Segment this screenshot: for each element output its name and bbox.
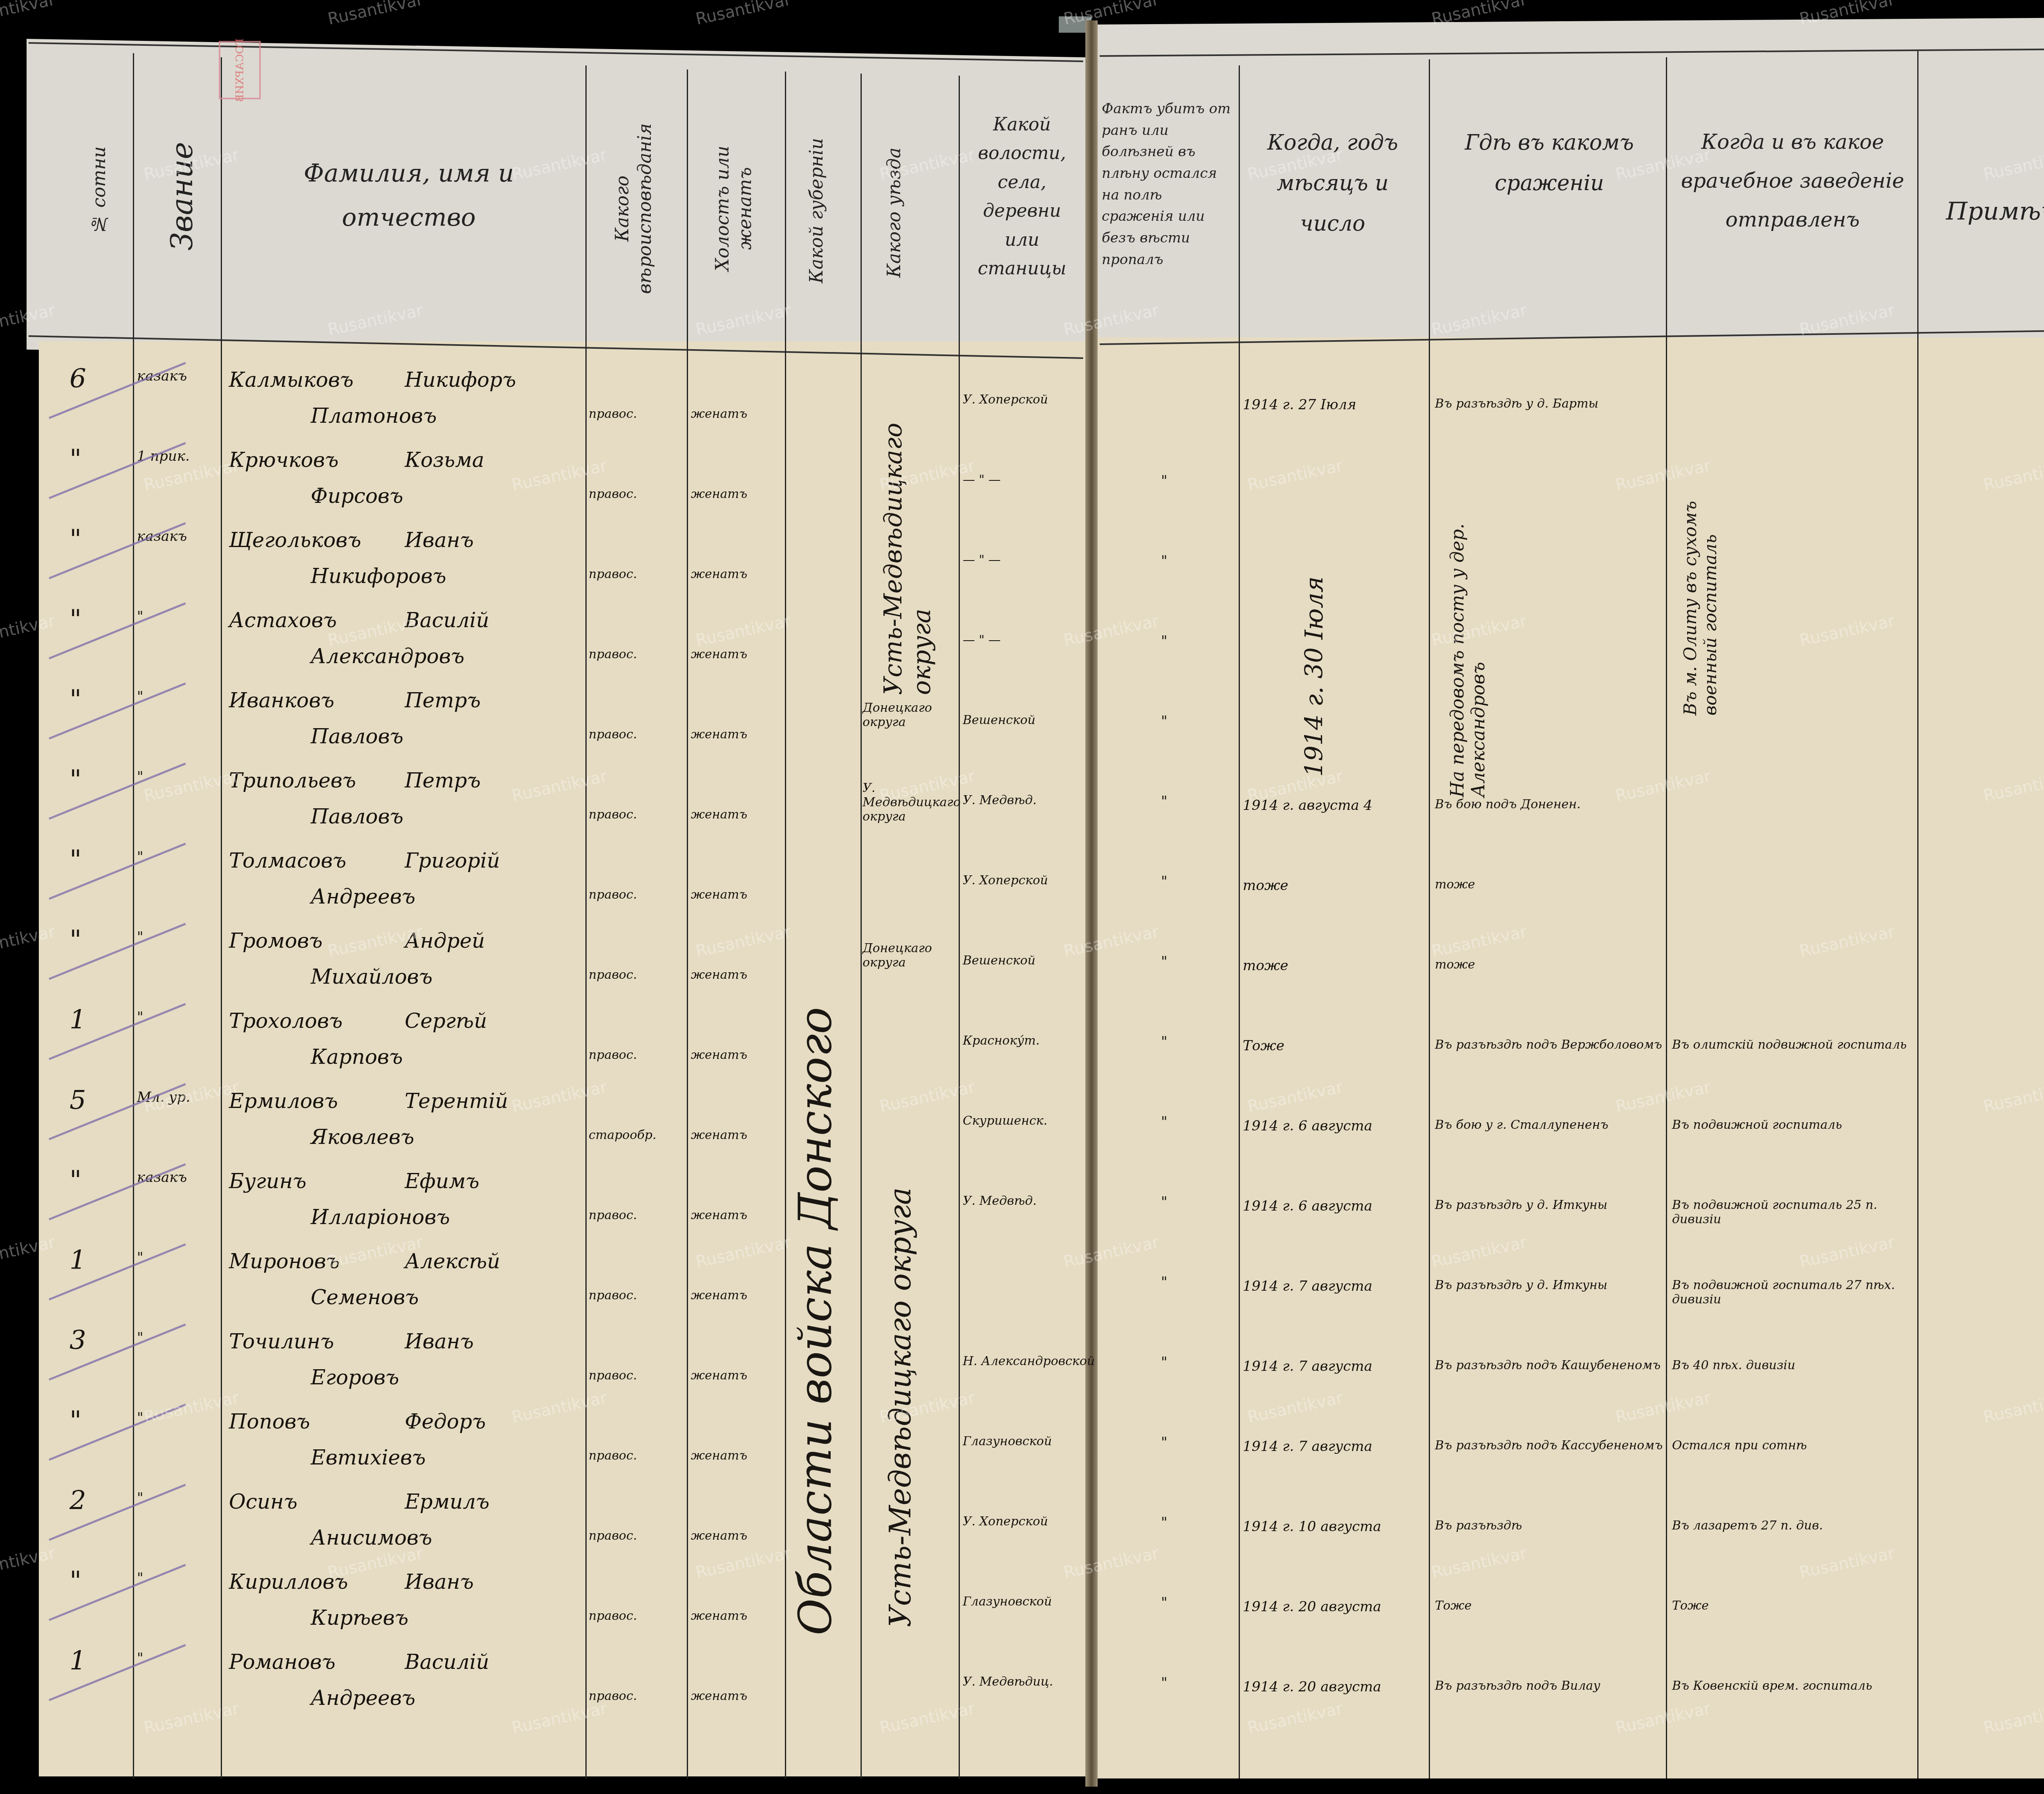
surname: Точилинъ <box>229 1330 334 1353</box>
date: 1914 г. августа 4 <box>1243 797 1372 814</box>
surname: Ермиловъ <box>229 1089 338 1113</box>
date-merged-label: 1914 г. 30 Іюля <box>1300 491 1329 777</box>
sotnia-number: " <box>69 1406 81 1436</box>
given-name: Андрей <box>405 929 485 953</box>
watermark-text: Rusantikvar <box>326 0 425 29</box>
col-rule <box>1917 51 1918 1778</box>
village: Скуришенск. <box>963 1114 1047 1128</box>
col-rule <box>221 57 222 1778</box>
col-rule <box>1429 59 1430 1778</box>
date: тоже <box>1243 877 1288 894</box>
district-merged-label-bottom: Усть-Медвѣдицкаго округа <box>883 1030 917 1627</box>
sotnia-number: 1 <box>69 1646 86 1676</box>
col-rule <box>133 53 134 1778</box>
marital-status: женатъ <box>691 487 747 501</box>
religion: правос. <box>589 1689 637 1703</box>
sotnia-number: " <box>69 765 81 795</box>
header-date: Когда, годъ мѣсяцъ и число <box>1245 123 1421 244</box>
battle-location: Въ разъѣздѣ подъ Кашубененомъ <box>1435 1358 1664 1372</box>
hospital: Тоже <box>1672 1599 1913 1613</box>
religion: правос. <box>589 567 637 581</box>
given-name: Терентій <box>405 1089 508 1113</box>
province-merged-label: Области войска Донского <box>789 859 841 1635</box>
rank: казакъ <box>137 1169 187 1186</box>
battle-location: Въ разъѣздѣ подъ Вилау <box>1435 1679 1664 1693</box>
status-ditto: " <box>1161 1034 1168 1050</box>
district: У. Медвѣдицкаго округа <box>863 781 957 824</box>
date: 1914 г. 20 августа <box>1243 1599 1381 1615</box>
given-name: Петръ <box>405 688 481 712</box>
surname: Трипольевъ <box>229 769 356 792</box>
header-battle: Гдѣ въ какомъ сраженіи <box>1435 123 1664 204</box>
patronymic: Александровъ <box>311 644 464 668</box>
status-ditto: " <box>1161 953 1168 970</box>
sotnia-number: 5 <box>69 1085 86 1115</box>
col-rule <box>687 70 688 1778</box>
battle-location: Тоже <box>1435 1599 1664 1613</box>
battle-location: Въ бою у г. Сталлупененъ <box>1435 1118 1664 1132</box>
given-name: Петръ <box>405 769 481 792</box>
status-ditto: " <box>1161 633 1168 649</box>
book-spine <box>1085 20 1098 1787</box>
hospital: Остался при сотнѣ <box>1672 1438 1913 1453</box>
religion: правос. <box>589 968 637 982</box>
header-name: Фамилия, имя и отчество <box>253 151 564 240</box>
surname: Толмасовъ <box>229 849 346 872</box>
col-rule <box>585 65 587 1778</box>
header-religion: Какого вѣроисповѣданія <box>611 106 660 311</box>
religion: правос. <box>589 727 637 742</box>
date: 1914 г. 6 августа <box>1243 1118 1372 1134</box>
col-rule <box>1239 65 1240 1778</box>
village: У. Хоперской <box>963 1514 1048 1529</box>
surname: Крючковъ <box>229 448 338 472</box>
religion: правос. <box>589 1208 637 1222</box>
ledger-page-right <box>1096 337 2044 1778</box>
given-name: Василій <box>405 608 489 632</box>
archive-stamp: ГОСАРХИВ <box>219 41 261 99</box>
hospital: Въ 40 пѣх. дивизіи <box>1672 1358 1913 1372</box>
col-rule <box>861 74 862 1778</box>
col-rule <box>1666 57 1667 1778</box>
status-ditto: " <box>1161 553 1168 569</box>
hospital-merged-label: Въ м. Олиту въ сухомъ военный госпиталь <box>1680 491 1774 715</box>
surname: Мироновъ <box>229 1249 340 1273</box>
patronymic: Кирѣевъ <box>311 1606 408 1630</box>
village: — " — <box>963 633 1001 647</box>
battle-location: Въ разъѣздѣ подъ Кассубененомъ <box>1435 1438 1664 1453</box>
village: У. Медвѣд. <box>963 793 1037 807</box>
village: Вешенской <box>963 953 1035 968</box>
battle-location: тоже <box>1435 958 1664 972</box>
village: — " — <box>963 553 1001 567</box>
given-name: Иванъ <box>405 528 474 552</box>
date: 1914 г. 7 августа <box>1243 1438 1372 1455</box>
hospital: Въ подвижной госпиталь 25 п. дивизіи <box>1672 1198 1913 1227</box>
village: У. Медвѣд. <box>963 1194 1037 1208</box>
surname: Бугинъ <box>229 1169 306 1193</box>
date: 1914 г. 6 августа <box>1243 1198 1372 1214</box>
col-rule <box>785 72 786 1778</box>
status-ditto: " <box>1161 1354 1168 1370</box>
patronymic: Илларіоновъ <box>311 1205 450 1229</box>
battle-location: Въ бою подъ Доненен. <box>1435 797 1664 812</box>
marital-status: женатъ <box>691 1368 747 1383</box>
religion: правос. <box>589 647 637 662</box>
patronymic: Павловъ <box>311 724 403 748</box>
patronymic: Андреевъ <box>311 885 415 908</box>
hospital: Въ подвижной госпиталь 27 пѣх. дивизіи <box>1672 1278 1913 1307</box>
marital-status: женатъ <box>691 1449 747 1463</box>
surname: Романовъ <box>229 1650 335 1674</box>
sotnia-number: " <box>69 444 81 474</box>
battle-location: тоже <box>1435 877 1664 892</box>
given-name: Иванъ <box>405 1330 474 1353</box>
given-name: Григорій <box>405 849 500 872</box>
battle-merged-label: На передовомъ посту у дер. Александровъ <box>1447 511 1553 797</box>
marital-status: женатъ <box>691 968 747 982</box>
battle-location: Въ разъѣздѣ подъ Вержболовомъ <box>1435 1038 1664 1052</box>
sotnia-number: " <box>69 604 81 635</box>
religion: правос. <box>589 807 637 822</box>
village: Глазуновской <box>963 1434 1052 1449</box>
patronymic: Евтихіевъ <box>311 1446 426 1469</box>
religion: правос. <box>589 1048 637 1062</box>
patronymic: Павловъ <box>311 805 403 828</box>
header-status: Фактъ убитъ от ранъ или болѣзней въ плѣн… <box>1102 98 1233 271</box>
religion: правос. <box>589 1609 637 1623</box>
hospital: Въ олитскій подвижной госпиталь <box>1672 1038 1913 1052</box>
marital-status: женатъ <box>691 567 747 581</box>
status-ditto: " <box>1161 1675 1168 1691</box>
patronymic: Семеновъ <box>311 1285 419 1309</box>
hospital: Въ Ковенскій врем. госпиталь <box>1672 1679 1913 1693</box>
sotnia-number: " <box>69 845 81 875</box>
given-name: Ефимъ <box>405 1169 480 1193</box>
patronymic: Анисимовъ <box>311 1526 432 1550</box>
district: Донецкаго округа <box>863 941 957 970</box>
battle-location: Въ разъѣздѣ у д. Иткуны <box>1435 1278 1664 1292</box>
date: 1914 г. 27 Іюля <box>1243 397 1356 413</box>
header-sotnia: № сотни <box>88 78 125 303</box>
rank: казакъ <box>137 368 187 384</box>
sotnia-number: " <box>69 524 81 554</box>
given-name: Ермилъ <box>405 1490 489 1514</box>
date: Тоже <box>1243 1038 1284 1054</box>
surname: Трохоловъ <box>229 1009 343 1033</box>
marital-status: женатъ <box>691 1048 747 1062</box>
status-ditto: " <box>1161 873 1168 890</box>
surname: Громовъ <box>229 929 323 953</box>
col-rule <box>959 76 960 1778</box>
battle-location: Въ разъѣздѣ <box>1435 1518 1664 1533</box>
religion: правос. <box>589 487 637 501</box>
hospital: Въ лазаретъ 27 п. див. <box>1672 1518 1913 1533</box>
sotnia-number: " <box>69 1566 81 1596</box>
village: Глазуновской <box>963 1594 1052 1609</box>
status-ditto: " <box>1161 473 1168 489</box>
marital-status: женатъ <box>691 1208 747 1222</box>
religion: правос. <box>589 407 637 421</box>
patronymic: Андреевъ <box>311 1686 415 1710</box>
surname: Кирилловъ <box>229 1570 348 1594</box>
religion: правос. <box>589 888 637 902</box>
given-name: Иванъ <box>405 1570 474 1594</box>
given-name: Никифоръ <box>405 368 516 392</box>
sotnia-number: 3 <box>69 1325 86 1356</box>
status-ditto: " <box>1161 793 1168 810</box>
patronymic: Фирсовъ <box>311 484 403 508</box>
district: Донецкаго округа <box>863 701 957 729</box>
village: Вешенской <box>963 713 1035 727</box>
patronymic: Михайловъ <box>311 965 433 989</box>
patronymic: Яковлевъ <box>311 1125 414 1149</box>
header-notes: Примѣчаніе <box>1921 196 2044 227</box>
religion: правос. <box>589 1288 637 1303</box>
patronymic: Егоровъ <box>311 1366 399 1389</box>
header-province: Какой губерніи <box>805 110 838 311</box>
watermark-text: Rusantikvar <box>694 0 793 29</box>
village: — " — <box>963 473 1001 487</box>
header-rank: Звание <box>164 90 204 303</box>
given-name: Козьма <box>405 448 484 472</box>
sotnia-number: 1 <box>69 1005 86 1035</box>
hospital: Въ подвижной госпиталь <box>1672 1118 1913 1132</box>
religion: правос. <box>589 1529 637 1543</box>
battle-location: Въ разъѣздѣ у д. Барты <box>1435 397 1664 411</box>
date: тоже <box>1243 958 1288 974</box>
surname: Поповъ <box>229 1410 310 1433</box>
village: У. Медвѣдиц. <box>963 1675 1053 1689</box>
header-district: Какого уѣзда <box>883 114 916 311</box>
given-name: Федоръ <box>405 1410 486 1433</box>
patronymic: Платоновъ <box>311 404 437 428</box>
marital-status: женатъ <box>691 407 747 421</box>
status-ditto: " <box>1161 1514 1168 1531</box>
date: 1914 г. 7 августа <box>1243 1278 1372 1294</box>
rank: казакъ <box>137 528 187 545</box>
surname: Астаховъ <box>229 608 337 632</box>
battle-location: Въ разъѣздѣ у д. Иткуны <box>1435 1198 1664 1212</box>
sotnia-number: " <box>69 925 81 955</box>
surname: Иванковъ <box>229 688 334 712</box>
sotnia-number: 1 <box>69 1245 86 1276</box>
given-name: Сергѣй <box>405 1009 487 1033</box>
sotnia-number: " <box>69 684 81 715</box>
status-ditto: " <box>1161 1274 1168 1290</box>
status-ditto: " <box>1161 1434 1168 1451</box>
marital-status: женатъ <box>691 1529 747 1543</box>
header-marital: Холостъ или женатъ <box>711 106 760 311</box>
watermark-text: Rusantikvar <box>0 0 57 29</box>
given-name: Василій <box>405 1650 489 1674</box>
marital-status: женатъ <box>691 727 747 742</box>
patronymic: Карповъ <box>311 1045 403 1069</box>
marital-status: женатъ <box>691 807 747 822</box>
status-ditto: " <box>1161 1594 1168 1611</box>
marital-status: женатъ <box>691 1609 747 1623</box>
marital-status: женатъ <box>691 647 747 662</box>
surname: Калмыковъ <box>229 368 354 392</box>
header-village: Какой волости, села, деревни или станицы <box>965 110 1079 283</box>
sotnia-number: " <box>69 1165 81 1195</box>
village: Красноку́т. <box>963 1034 1040 1048</box>
religion: правос. <box>589 1368 637 1383</box>
village: У. Хоперской <box>963 392 1048 407</box>
surname: Щегольковъ <box>229 528 361 552</box>
given-name: Алексѣй <box>405 1249 500 1273</box>
surname: Осинъ <box>229 1490 297 1514</box>
status-ditto: " <box>1161 1114 1168 1130</box>
marital-status: женатъ <box>691 1128 747 1142</box>
district-merged-label-top: Усть-Медвѣдицкаго округа <box>879 409 940 695</box>
marital-status: женатъ <box>691 1689 747 1703</box>
date: 1914 г. 10 августа <box>1243 1518 1381 1535</box>
marital-status: женатъ <box>691 888 747 902</box>
village: У. Хоперской <box>963 873 1048 888</box>
status-ditto: " <box>1161 713 1168 729</box>
village: Н. Александровской <box>963 1354 1095 1368</box>
header-hospital: Когда и въ какое врачебное заведеніе отп… <box>1672 123 1913 239</box>
date: 1914 г. 20 августа <box>1243 1679 1381 1695</box>
marital-status: женатъ <box>691 1288 747 1303</box>
date: 1914 г. 7 августа <box>1243 1358 1372 1375</box>
sotnia-number: 6 <box>69 364 86 394</box>
patronymic: Никифоровъ <box>311 564 446 588</box>
sotnia-number: 2 <box>69 1486 86 1516</box>
status-ditto: " <box>1161 1194 1168 1210</box>
religion: старообр. <box>589 1128 657 1142</box>
religion: правос. <box>589 1449 637 1463</box>
